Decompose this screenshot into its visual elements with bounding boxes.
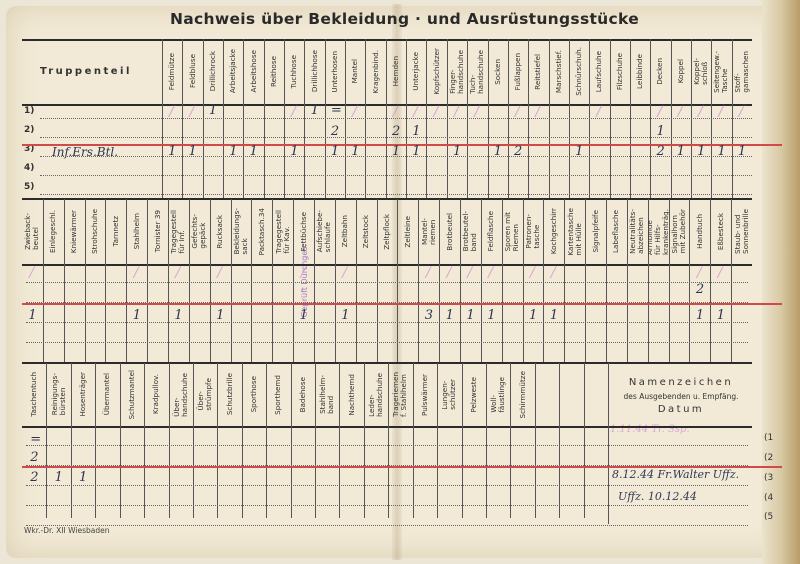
column-header-label: Gefechts- gepäck xyxy=(191,214,207,249)
faded-pink-mark: / xyxy=(551,265,556,281)
column-header: Feldmütze xyxy=(162,41,182,102)
column-header: Woll- fäustlinge xyxy=(486,365,510,424)
column-header: Hemden xyxy=(386,41,406,102)
column-header-label: Tuch- handschuhe xyxy=(469,50,485,94)
column-header-label: Feldflasche xyxy=(487,211,495,251)
row-label: 3) xyxy=(24,144,34,154)
column-header-label: Reitstiefel xyxy=(534,54,542,90)
column-header-label: Brotbeutel- band xyxy=(462,211,478,251)
column-header-label: Kradpullov. xyxy=(152,374,160,414)
column-header-label: Signalpfeife xyxy=(592,210,600,253)
column-header: Patronen- tasche xyxy=(523,201,544,262)
handwritten-quantity: 1 xyxy=(28,308,36,323)
faded-pink-mark: / xyxy=(169,104,174,120)
column-header: Über- handschuhe xyxy=(169,365,193,424)
handwritten-quantity: 1 xyxy=(216,308,224,323)
signature-header-title: Namenzeichen xyxy=(610,377,752,388)
handwritten-quantity: 1 xyxy=(575,144,583,159)
column-header-label: Taschentuch xyxy=(30,372,38,417)
faded-pink-mark: / xyxy=(596,104,601,120)
column-header-label: Seitengew.- Tasche xyxy=(713,51,729,93)
column-header: Gefechts- gepäck xyxy=(189,201,210,262)
column-header-label: Hosenträger xyxy=(79,372,87,417)
column-header-label: Leder- handschuhe xyxy=(368,373,384,417)
column-header xyxy=(535,365,559,424)
column-header-label: Arbeitsjacke xyxy=(229,49,237,93)
handwritten-quantity: 1 xyxy=(55,470,63,485)
column-header-label: Reithose xyxy=(270,56,278,87)
signature-header-subtitle: des Ausgebenden u. Empfäng. xyxy=(610,392,752,401)
column-header: Fußlappen xyxy=(508,41,528,102)
column-header: Kragenbind. xyxy=(365,41,385,102)
column-header: Koppel- schloß xyxy=(691,41,711,102)
handwritten-quantity: 1 xyxy=(697,144,705,159)
handwritten-quantity: 1 xyxy=(341,308,349,323)
column-header: Signalpfeife xyxy=(585,201,606,262)
column-header: Sporen mit Riemen xyxy=(502,201,523,262)
column-header: Socken xyxy=(488,41,508,102)
column-header: Pelzweste xyxy=(462,365,486,424)
column-header-label: Zeltpflock xyxy=(383,214,391,250)
handwritten-quantity: 1 xyxy=(487,308,495,323)
faded-pink-mark: / xyxy=(134,265,139,281)
middle-table-header-rule xyxy=(22,264,752,266)
handwritten-quantity: 1 xyxy=(79,470,87,485)
column-header-label: Tarnnetz xyxy=(112,216,120,247)
column-header: Arbeitsjacke xyxy=(223,41,243,102)
column-header: Koppel xyxy=(671,41,691,102)
column-header: Brotbeutel xyxy=(439,201,460,262)
handwritten-quantity: 1 xyxy=(174,308,182,323)
column-header-label: Eßbesteck xyxy=(717,213,725,250)
handwritten-quantity: 1 xyxy=(189,144,197,159)
signature-header-date: Datum xyxy=(610,404,752,415)
column-header: Decken xyxy=(650,41,670,102)
column-header-label: Strohschuhe xyxy=(91,209,99,254)
column-header-label: Kochgeschirr xyxy=(550,208,558,254)
handwritten-quantity: 1 xyxy=(717,144,725,159)
column-header: Drillichrock xyxy=(203,41,223,102)
column-header xyxy=(559,365,583,424)
faded-pink-mark: / xyxy=(447,265,452,281)
handwritten-quantity: 1 xyxy=(168,144,176,159)
column-header: Stahlhelm- band xyxy=(315,365,339,424)
column-header: Reithose xyxy=(264,41,284,102)
handwritten-quantity: 2 xyxy=(30,470,38,485)
column-header: Brotbeutel- band xyxy=(460,201,481,262)
faded-pink-mark: / xyxy=(434,104,439,120)
handwritten-quantity: 1 xyxy=(677,144,685,159)
handwritten-quantity: 2 xyxy=(656,144,664,159)
column-header: Packtasch.34 xyxy=(251,201,272,262)
column-header: Schirmmütze xyxy=(510,365,534,424)
column-header-label: Finger- handschuhe xyxy=(449,50,465,94)
faded-pink-mark: / xyxy=(190,104,195,120)
faded-pink-mark: / xyxy=(352,104,357,120)
column-header-label: Tuchhose xyxy=(290,55,298,88)
column-header-label: Pelzweste xyxy=(470,377,478,413)
column-header: Labeflasche xyxy=(606,201,627,262)
column-header-label: Drillichrock xyxy=(209,51,217,91)
column-header: Filzschuhe xyxy=(610,41,630,102)
handwritten-quantity: 1 xyxy=(466,308,474,323)
signature-row4: Uffz. 10.12.44 xyxy=(618,490,697,503)
column-header: Tragegestell für Kav. xyxy=(272,201,293,262)
faded-pink-mark: / xyxy=(301,265,306,281)
column-header-label: Badehose xyxy=(299,377,307,412)
column-header-label: Aufschiebe- schlaufe xyxy=(316,210,332,252)
column-header-label: Sporthemd xyxy=(274,375,282,415)
column-header-label: Lungen- schützer xyxy=(441,379,457,410)
column-header: Mantel xyxy=(345,41,365,102)
column-header-label: Mantel xyxy=(351,59,359,83)
column-header-label: Neutralitäts- abzeichen xyxy=(629,209,645,254)
middle-table-bottom-rule xyxy=(22,362,752,364)
column-header-label: Tragegestell für Kav. xyxy=(275,210,291,254)
handwritten-quantity: 1 xyxy=(392,144,400,159)
column-header-label: Unterjacke xyxy=(412,52,420,91)
column-header: Finger- handschuhe xyxy=(447,41,467,102)
column-header: Staub- und Sonnenbrille xyxy=(731,201,752,262)
dotted-row-line xyxy=(26,282,748,283)
column-header-label: Arbeitshose xyxy=(250,50,258,93)
column-header-label: Rucksack xyxy=(216,215,224,249)
faded-pink-mark: / xyxy=(426,265,431,281)
column-header-label: Kniewärmer xyxy=(70,210,78,253)
column-header: Pulswärmer xyxy=(413,365,437,424)
signature-row-number: (2 xyxy=(764,453,773,463)
handwritten-quantity: 1 xyxy=(717,308,725,323)
signature-row-number: (1 xyxy=(764,433,773,443)
handwritten-quantity: 1 xyxy=(412,144,420,159)
top-table-header-rule xyxy=(22,104,752,106)
column-header: Schnürschuh. xyxy=(569,41,589,102)
faded-pink-mark: / xyxy=(530,265,535,281)
red-underline xyxy=(22,303,782,305)
column-header-label: Einlegeschl. xyxy=(49,210,57,253)
column-header: Trageriemen f. Stahlhelm xyxy=(388,365,412,424)
column-header: Seitengew.- Tasche xyxy=(711,41,731,102)
column-header: Zeltleine xyxy=(397,201,418,262)
column-header: Kochgeschirr xyxy=(543,201,564,262)
column-header: Kopfschützer xyxy=(426,41,446,102)
handwritten-quantity: 1 xyxy=(529,308,537,323)
column-header-label: Zeltbahn xyxy=(341,215,349,247)
column-header-label: Über- strümpfe xyxy=(197,378,213,411)
column-header-label: Reinigungs- bürsten xyxy=(51,373,67,415)
column-header: Kartentasche mit Hülle xyxy=(564,201,585,262)
faded-pink-mark: / xyxy=(535,104,540,120)
column-header-label: Bekleidungs- sack xyxy=(233,208,249,255)
handwritten-quantity: 3 xyxy=(425,308,433,323)
column-header-label: Kragenbind. xyxy=(372,50,380,94)
column-header-label: Woll- fäustlinge xyxy=(490,377,506,413)
column-header: Tarnnetz xyxy=(105,201,126,262)
handwritten-quantity: 2 xyxy=(696,282,704,297)
column-header-label: Koppel xyxy=(677,59,685,83)
column-header: Feldflasche xyxy=(481,201,502,262)
row-label: 2) xyxy=(24,125,34,135)
faded-pink-mark: / xyxy=(718,265,723,281)
signature-row-number: (4 xyxy=(764,493,773,503)
dotted-row-line xyxy=(26,485,748,486)
column-header-label: Handtuch xyxy=(696,214,704,249)
column-header: Schutzmantel xyxy=(120,365,144,424)
column-header-label: Drillichhose xyxy=(311,50,319,92)
column-header-label: Zeltstock xyxy=(362,215,370,248)
column-header-label: Nachthemd xyxy=(348,374,356,416)
column-header-label: Stahlhelm- band xyxy=(319,375,335,414)
handwritten-quantity: 1 xyxy=(209,103,217,118)
row-label: 4) xyxy=(24,163,34,173)
dotted-row-line xyxy=(40,194,752,195)
row-label: 5) xyxy=(24,182,34,192)
dotted-row-line xyxy=(26,525,748,526)
column-header-label: Sporthose xyxy=(250,376,258,412)
faded-pink-mark: / xyxy=(697,265,702,281)
column-header-label: Stoff- gamaschen xyxy=(734,51,750,93)
column-header: Sporthose xyxy=(242,365,266,424)
red-underline xyxy=(22,144,782,146)
column-header: Aufschiebe- schlaufe xyxy=(314,201,335,262)
column-header: Unterhosen xyxy=(325,41,345,102)
column-header-label: Feldmütze xyxy=(168,53,176,90)
column-header: Marschstief. xyxy=(549,41,569,102)
column-header-label: Übermantel xyxy=(103,373,111,415)
faded-pink-mark: / xyxy=(698,104,703,120)
page-title: Nachweis über Bekleidung · und Ausrüstun… xyxy=(170,10,639,28)
handwritten-quantity: 1 xyxy=(290,144,298,159)
handwritten-quantity: 2 xyxy=(514,144,522,159)
column-header: Feldbluse xyxy=(182,41,202,102)
faded-pink-mark: / xyxy=(29,265,34,281)
handwritten-quantity: 1 xyxy=(656,124,664,139)
column-header: Kniewärmer xyxy=(64,201,85,262)
dotted-row-line xyxy=(26,445,748,446)
handwritten-quantity: 1 xyxy=(351,144,359,159)
column-header: Zeltbahn xyxy=(335,201,356,262)
top-table-bottom-rule xyxy=(22,198,752,200)
signature-row3: 8.12.44 Fr.Walter Uffz. xyxy=(612,468,739,481)
column-header: Zwieback- beutel xyxy=(22,201,43,262)
column-header: Handtuch xyxy=(689,201,710,262)
column-header-label: Fettbüchse xyxy=(300,212,308,252)
column-header: Strohschuhe xyxy=(85,201,106,262)
column-header: Bekleidungs- sack xyxy=(231,201,252,262)
column-header: Zeltstock xyxy=(356,201,377,262)
handwritten-quantity: 2 xyxy=(30,450,38,465)
column-header-label: Trageriemen f. Stahlhelm xyxy=(392,372,408,417)
handwritten-mark: = xyxy=(30,432,41,447)
column-header: Einlegeschl. xyxy=(43,201,64,262)
column-header: Tornister 39 xyxy=(147,201,168,262)
faded-pink-mark: / xyxy=(393,104,398,120)
faded-pink-mark: / xyxy=(291,104,296,120)
column-header: Fettbüchse xyxy=(293,201,314,262)
column-header: Drillichhose xyxy=(304,41,324,102)
column-header-label: Kartentasche mit Hülle xyxy=(567,208,583,256)
signature-row-number: (5 xyxy=(764,512,773,522)
dotted-row-line xyxy=(40,175,752,176)
faded-pink-mark: / xyxy=(488,265,493,281)
faded-pink-mark: / xyxy=(217,265,222,281)
column-header-label: Fußlappen xyxy=(514,53,522,90)
handwritten-quantity: 1 xyxy=(738,144,746,159)
column-header-label: Schutzbrille xyxy=(226,373,234,415)
column-header-label: Signalhorn mit Zubehör xyxy=(671,209,687,253)
column-header-label: Socken xyxy=(494,59,502,85)
column-header: Tuch- handschuhe xyxy=(467,41,487,102)
handwritten-quantity: 1 xyxy=(550,308,558,323)
handwritten-quantity: 2 xyxy=(331,124,339,139)
handwritten-quantity: 1 xyxy=(446,308,454,323)
column-header: Übermantel xyxy=(95,365,119,424)
column-header: Reinigungs- bürsten xyxy=(46,365,70,424)
column-header-label: Kopfschützer xyxy=(433,48,441,95)
handwritten-quantity: 1 xyxy=(696,308,704,323)
column-header: Taschentuch xyxy=(22,365,46,424)
column-header-label: Über- handschuhe xyxy=(173,373,189,417)
faded-pink-mark: / xyxy=(467,265,472,281)
column-header: Leibbinde xyxy=(630,41,650,102)
handwritten-quantity: 2 xyxy=(392,124,400,139)
column-header-label: Marschstief. xyxy=(555,50,563,93)
handwritten-quantity: 1 xyxy=(453,144,461,159)
column-header: Badehose xyxy=(291,365,315,424)
column-header-label: Tornister 39 xyxy=(154,210,162,252)
column-header: Arbeitshose xyxy=(243,41,263,102)
column-header-label: Koppel- schloß xyxy=(693,58,709,85)
handwritten-quantity: 1 xyxy=(412,124,420,139)
column-header-label: Tragegestell für Inf. xyxy=(170,210,186,254)
column-header: Unterjacke xyxy=(406,41,426,102)
handwritten-quantity: 1 xyxy=(331,144,339,159)
column-header-label: Zeltleine xyxy=(404,216,412,248)
column-header-label: Hemden xyxy=(392,56,400,86)
faded-pink-mark: / xyxy=(515,104,520,120)
faded-pink-mark: / xyxy=(657,104,662,120)
handwritten-quantity: 1 xyxy=(250,144,258,159)
column-header: Zeltpflock xyxy=(377,201,398,262)
column-header: Neutralitäts- abzeichen xyxy=(627,201,648,262)
handwritten-quantity: 1 xyxy=(311,103,319,118)
column-header: Signalhorn mit Zubehör xyxy=(669,201,690,262)
row-label: 1) xyxy=(24,106,34,116)
column-header-label: Feldbluse xyxy=(189,54,197,88)
column-header: Armbinde für Hilfs- krankenträg. xyxy=(648,201,669,262)
column-header-label: Filzschuhe xyxy=(616,53,624,90)
column-header: Mantel- riemen xyxy=(418,201,439,262)
column-header-label: Labeflasche xyxy=(612,210,620,253)
column-header: Stoff- gamaschen xyxy=(732,41,752,102)
column-header-label: Armbinde für Hilfs- krankenträg. xyxy=(648,209,669,255)
faded-pink-mark: / xyxy=(413,104,418,120)
column-header: Sporthemd xyxy=(266,365,290,424)
column-header xyxy=(584,365,608,424)
column-header: Über- strümpfe xyxy=(193,365,217,424)
faded-pink-mark: / xyxy=(718,104,723,120)
red-underline xyxy=(22,466,782,468)
column-header: Leder- handschuhe xyxy=(364,365,388,424)
column-header-label: Schutzmantel xyxy=(128,370,136,419)
column-header: Stahlhelm xyxy=(126,201,147,262)
dotted-row-line xyxy=(26,342,748,343)
column-header: Tuchhose xyxy=(284,41,304,102)
handwritten-quantity: 1 xyxy=(229,144,237,159)
column-header-label: Schirmmütze xyxy=(519,371,527,418)
column-header-label: Mantel- riemen xyxy=(421,218,437,245)
column-header-label: Patronen- tasche xyxy=(525,214,541,249)
column-header: Hosenträger xyxy=(71,365,95,424)
column-header: Lungen- schützer xyxy=(437,365,461,424)
column-header-label: Sporen mit Riemen xyxy=(504,212,520,251)
handwritten-quantity: 1 xyxy=(494,144,502,159)
bottom-table-header-rule xyxy=(22,426,752,428)
faded-pink-mark: / xyxy=(678,104,683,120)
column-header: Rucksack xyxy=(210,201,231,262)
faded-pink-mark: / xyxy=(454,104,459,120)
column-header-label: Stahlhelm xyxy=(133,213,141,249)
dotted-row-line xyxy=(26,505,748,506)
column-header-label: Brotbeutel xyxy=(446,213,454,251)
faded-pink-mark: / xyxy=(474,104,479,120)
handwritten-quantity: 1 xyxy=(133,308,141,323)
handwritten-quantity: = xyxy=(331,103,342,118)
column-header-label: Schnürschuh. xyxy=(575,47,583,96)
signature-row-number: (3 xyxy=(764,473,773,483)
column-header: Tragegestell für Inf. xyxy=(168,201,189,262)
faded-pink-mark: / xyxy=(739,104,744,120)
column-header: Eßbesteck xyxy=(710,201,731,262)
truppenteil-header: Truppenteil xyxy=(40,66,132,77)
column-header-label: Laufschuhe xyxy=(595,51,603,92)
column-header-label: Unterhosen xyxy=(331,51,339,93)
column-header: Nachthemd xyxy=(339,365,363,424)
column-header-label: Pulswärmer xyxy=(421,374,429,416)
faded-pink-mark: / xyxy=(175,265,180,281)
column-header: Kradpullov. xyxy=(144,365,168,424)
faded-pink-mark: / xyxy=(342,265,347,281)
handwritten-quantity: 1 xyxy=(300,308,308,323)
column-header-label: Decken xyxy=(656,58,664,85)
column-header-label: Leibbinde xyxy=(636,54,644,89)
column-header-label: Packtasch.34 xyxy=(258,208,266,255)
column-header-label: Staub- und Sonnenbrille xyxy=(734,209,750,254)
column-divider xyxy=(608,363,609,524)
column-header-label: Zwieback- beutel xyxy=(24,213,40,250)
column-header: Laufschuhe xyxy=(589,41,609,102)
column-header: Schutzbrille xyxy=(217,365,241,424)
column-header: Reitstiefel xyxy=(528,41,548,102)
printer-imprint: Wkr.-Dr. XII Wiesbaden xyxy=(24,526,109,535)
